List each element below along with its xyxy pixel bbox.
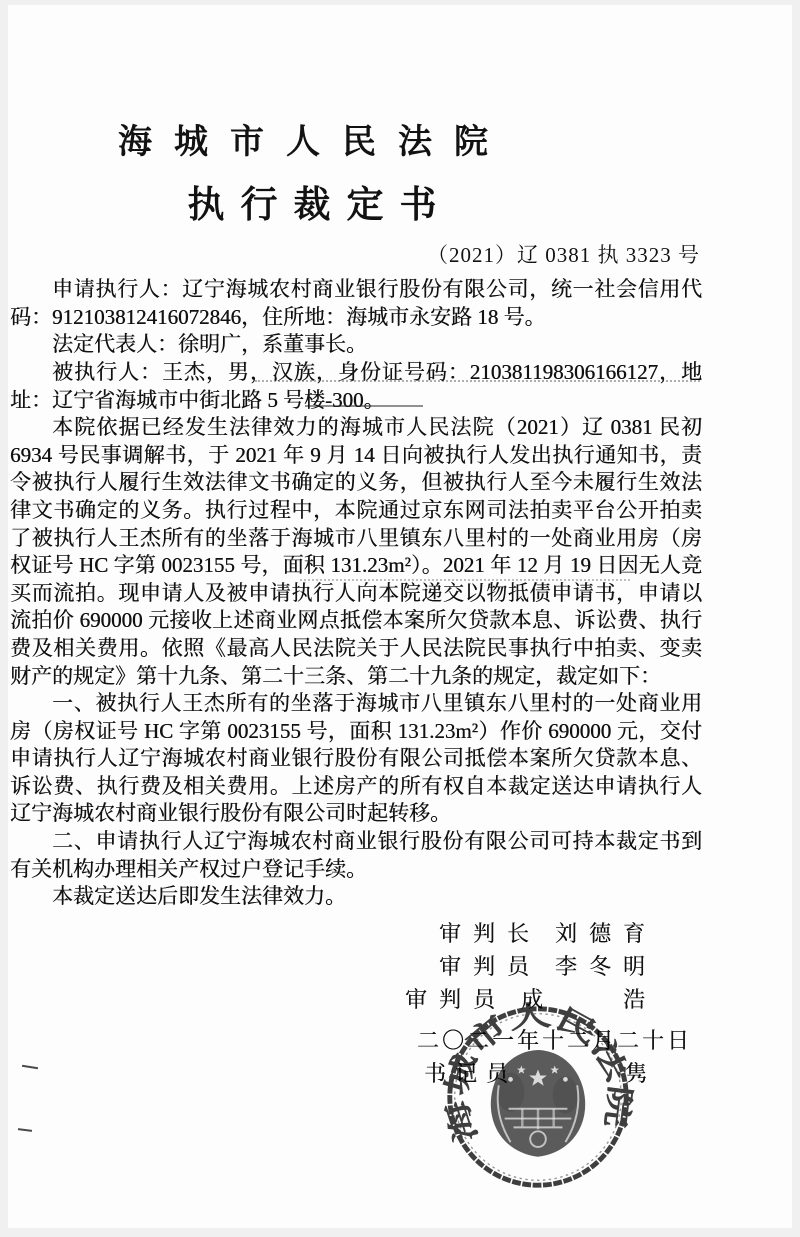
paragraph-applicant: 申请执行人：辽宁海城农村商业银行股份有限公司，统一社会信用代码：91210381… (10, 276, 702, 331)
court-name-title: 海城市人民法院 (0, 5, 706, 164)
judge-name: 成 浩 (521, 987, 657, 1012)
judge-row-member-1: 审判员李冬明 (8, 950, 657, 983)
case-number: （2021）辽 0381 执 3323 号 (8, 242, 700, 268)
clerk-role: 书记员 (424, 1061, 517, 1086)
document-page: 海城市人民法院 执行裁定书 （2021）辽 0381 执 3323 号 申请执行… (8, 5, 792, 1228)
paragraph-ruling-item-2: 二、申请执行人辽宁海城农村商业银行股份有限公司可持本裁定书到有关机构办理相关产权… (10, 828, 702, 883)
ruling-date: 二〇二一年十二月二十日 (8, 1026, 692, 1056)
judge-row-presiding: 审判长刘德育 (8, 917, 657, 950)
judge-role: 审判员 (439, 954, 541, 979)
paragraph-ruling-item-1: 一、被执行人王杰所有的坐落于海城市八里镇东八里村的一处商业用房（房权证号 HC … (10, 690, 702, 828)
paragraph-case-facts: 本院依据已经发生法律效力的海城市人民法院（2021）辽 0381 民初 6934… (10, 414, 702, 690)
scan-artifact-dash (18, 1128, 32, 1132)
judge-name: 刘德育 (555, 921, 657, 946)
judge-role: 审判员 (405, 987, 507, 1012)
signature-block: 审判长刘德育 审判员李冬明 审判员成 浩 (8, 917, 657, 1016)
document-type-title: 执行裁定书 (0, 184, 712, 228)
paragraph-legal-representative: 法定代表人：徐明广，系董事长。 (10, 331, 702, 359)
clerk-name: 隽 (625, 1061, 656, 1086)
paragraph-respondent: 被执行人：王杰，男，汉族，身份证号码：210381198306166127，地址… (10, 359, 702, 414)
judge-row-member-2: 审判员成 浩 (8, 983, 657, 1016)
judge-name: 李冬明 (555, 954, 657, 979)
judge-role: 审判长 (439, 921, 541, 946)
ruling-body: 申请执行人：辽宁海城农村商业银行股份有限公司，统一社会信用代码：91210381… (8, 276, 792, 911)
clerk-row: 书记员隽 (8, 1059, 656, 1089)
paragraph-legal-effect: 本裁定送达后即发生法律效力。 (10, 883, 702, 911)
